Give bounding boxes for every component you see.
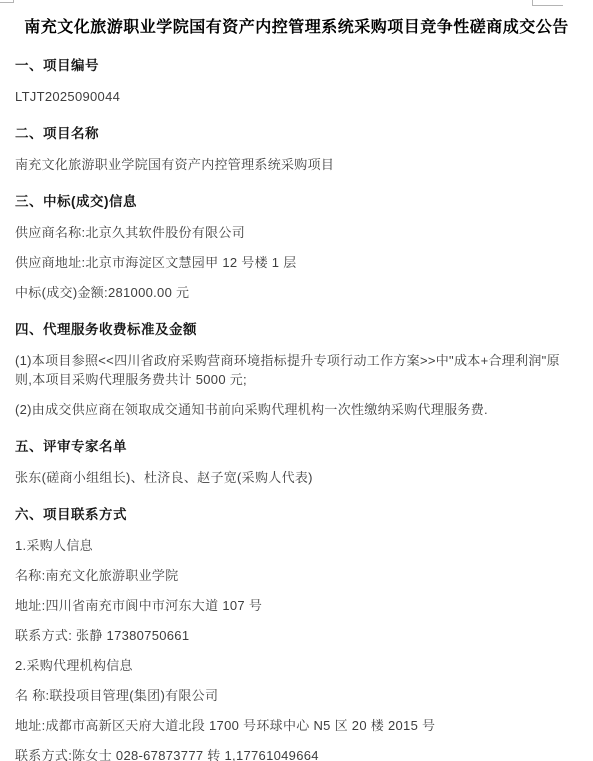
agency-name: 名 称:联投项目管理(集团)有限公司	[15, 686, 571, 705]
supplier-name: 供应商名称:北京久其软件股份有限公司	[15, 223, 571, 242]
section-heading-award-info: 三、中标(成交)信息	[15, 193, 571, 211]
expert-list: 张东(磋商小组组长)、杜济良、赵子宽(采购人代表)	[15, 468, 571, 487]
project-number-value: LTJT2025090044	[15, 87, 571, 106]
margin-crop-mark-right	[532, 0, 563, 6]
agency-address: 地址:成都市高新区天府大道北段 1700 号环球中心 N5 区 20 楼 201…	[15, 716, 571, 735]
section-heading-contact-info: 六、项目联系方式	[15, 506, 571, 524]
purchaser-name: 名称:南充文化旅游职业学院	[15, 566, 571, 585]
section-heading-project-name: 二、项目名称	[15, 125, 571, 143]
agency-contact: 联系方式:陈女士 028-67873777 转 1,17761049664	[15, 746, 571, 761]
project-name-value: 南充文化旅游职业学院国有资产内控管理系统采购项目	[15, 155, 571, 174]
announcement-document: { "page": { "title": "南充文化旅游职业学院国有资产内控管理…	[0, 0, 593, 761]
purchaser-contact: 联系方式: 张静 17380750661	[15, 626, 571, 645]
section-heading-expert-list: 五、评审专家名单	[15, 438, 571, 456]
page-title: 南充文化旅游职业学院国有资产内控管理系统采购项目竞争性磋商成交公告	[18, 18, 575, 38]
margin-crop-mark-left	[0, 0, 14, 3]
purchaser-address: 地址:四川省南充市阆中市河东大道 107 号	[15, 596, 571, 615]
agency-info-label: 2.采购代理机构信息	[15, 656, 571, 675]
purchaser-info-label: 1.采购人信息	[15, 536, 571, 555]
section-heading-agency-fee: 四、代理服务收费标准及金额	[15, 321, 571, 339]
document-body: 一、项目编号 LTJT2025090044 二、项目名称 南充文化旅游职业学院国…	[0, 57, 593, 761]
agency-fee-clause-2: (2)由成交供应商在领取成交通知书前向采购代理机构一次性缴纳采购代理服务费.	[15, 400, 571, 419]
award-amount: 中标(成交)金额:281000.00 元	[15, 283, 571, 302]
section-heading-project-number: 一、项目编号	[15, 57, 571, 75]
supplier-address: 供应商地址:北京市海淀区文慧园甲 12 号楼 1 层	[15, 253, 571, 272]
agency-fee-clause-1: (1)本项目参照<<四川省政府采购营商环境指标提升专项行动工作方案>>中"成本+…	[15, 351, 571, 389]
